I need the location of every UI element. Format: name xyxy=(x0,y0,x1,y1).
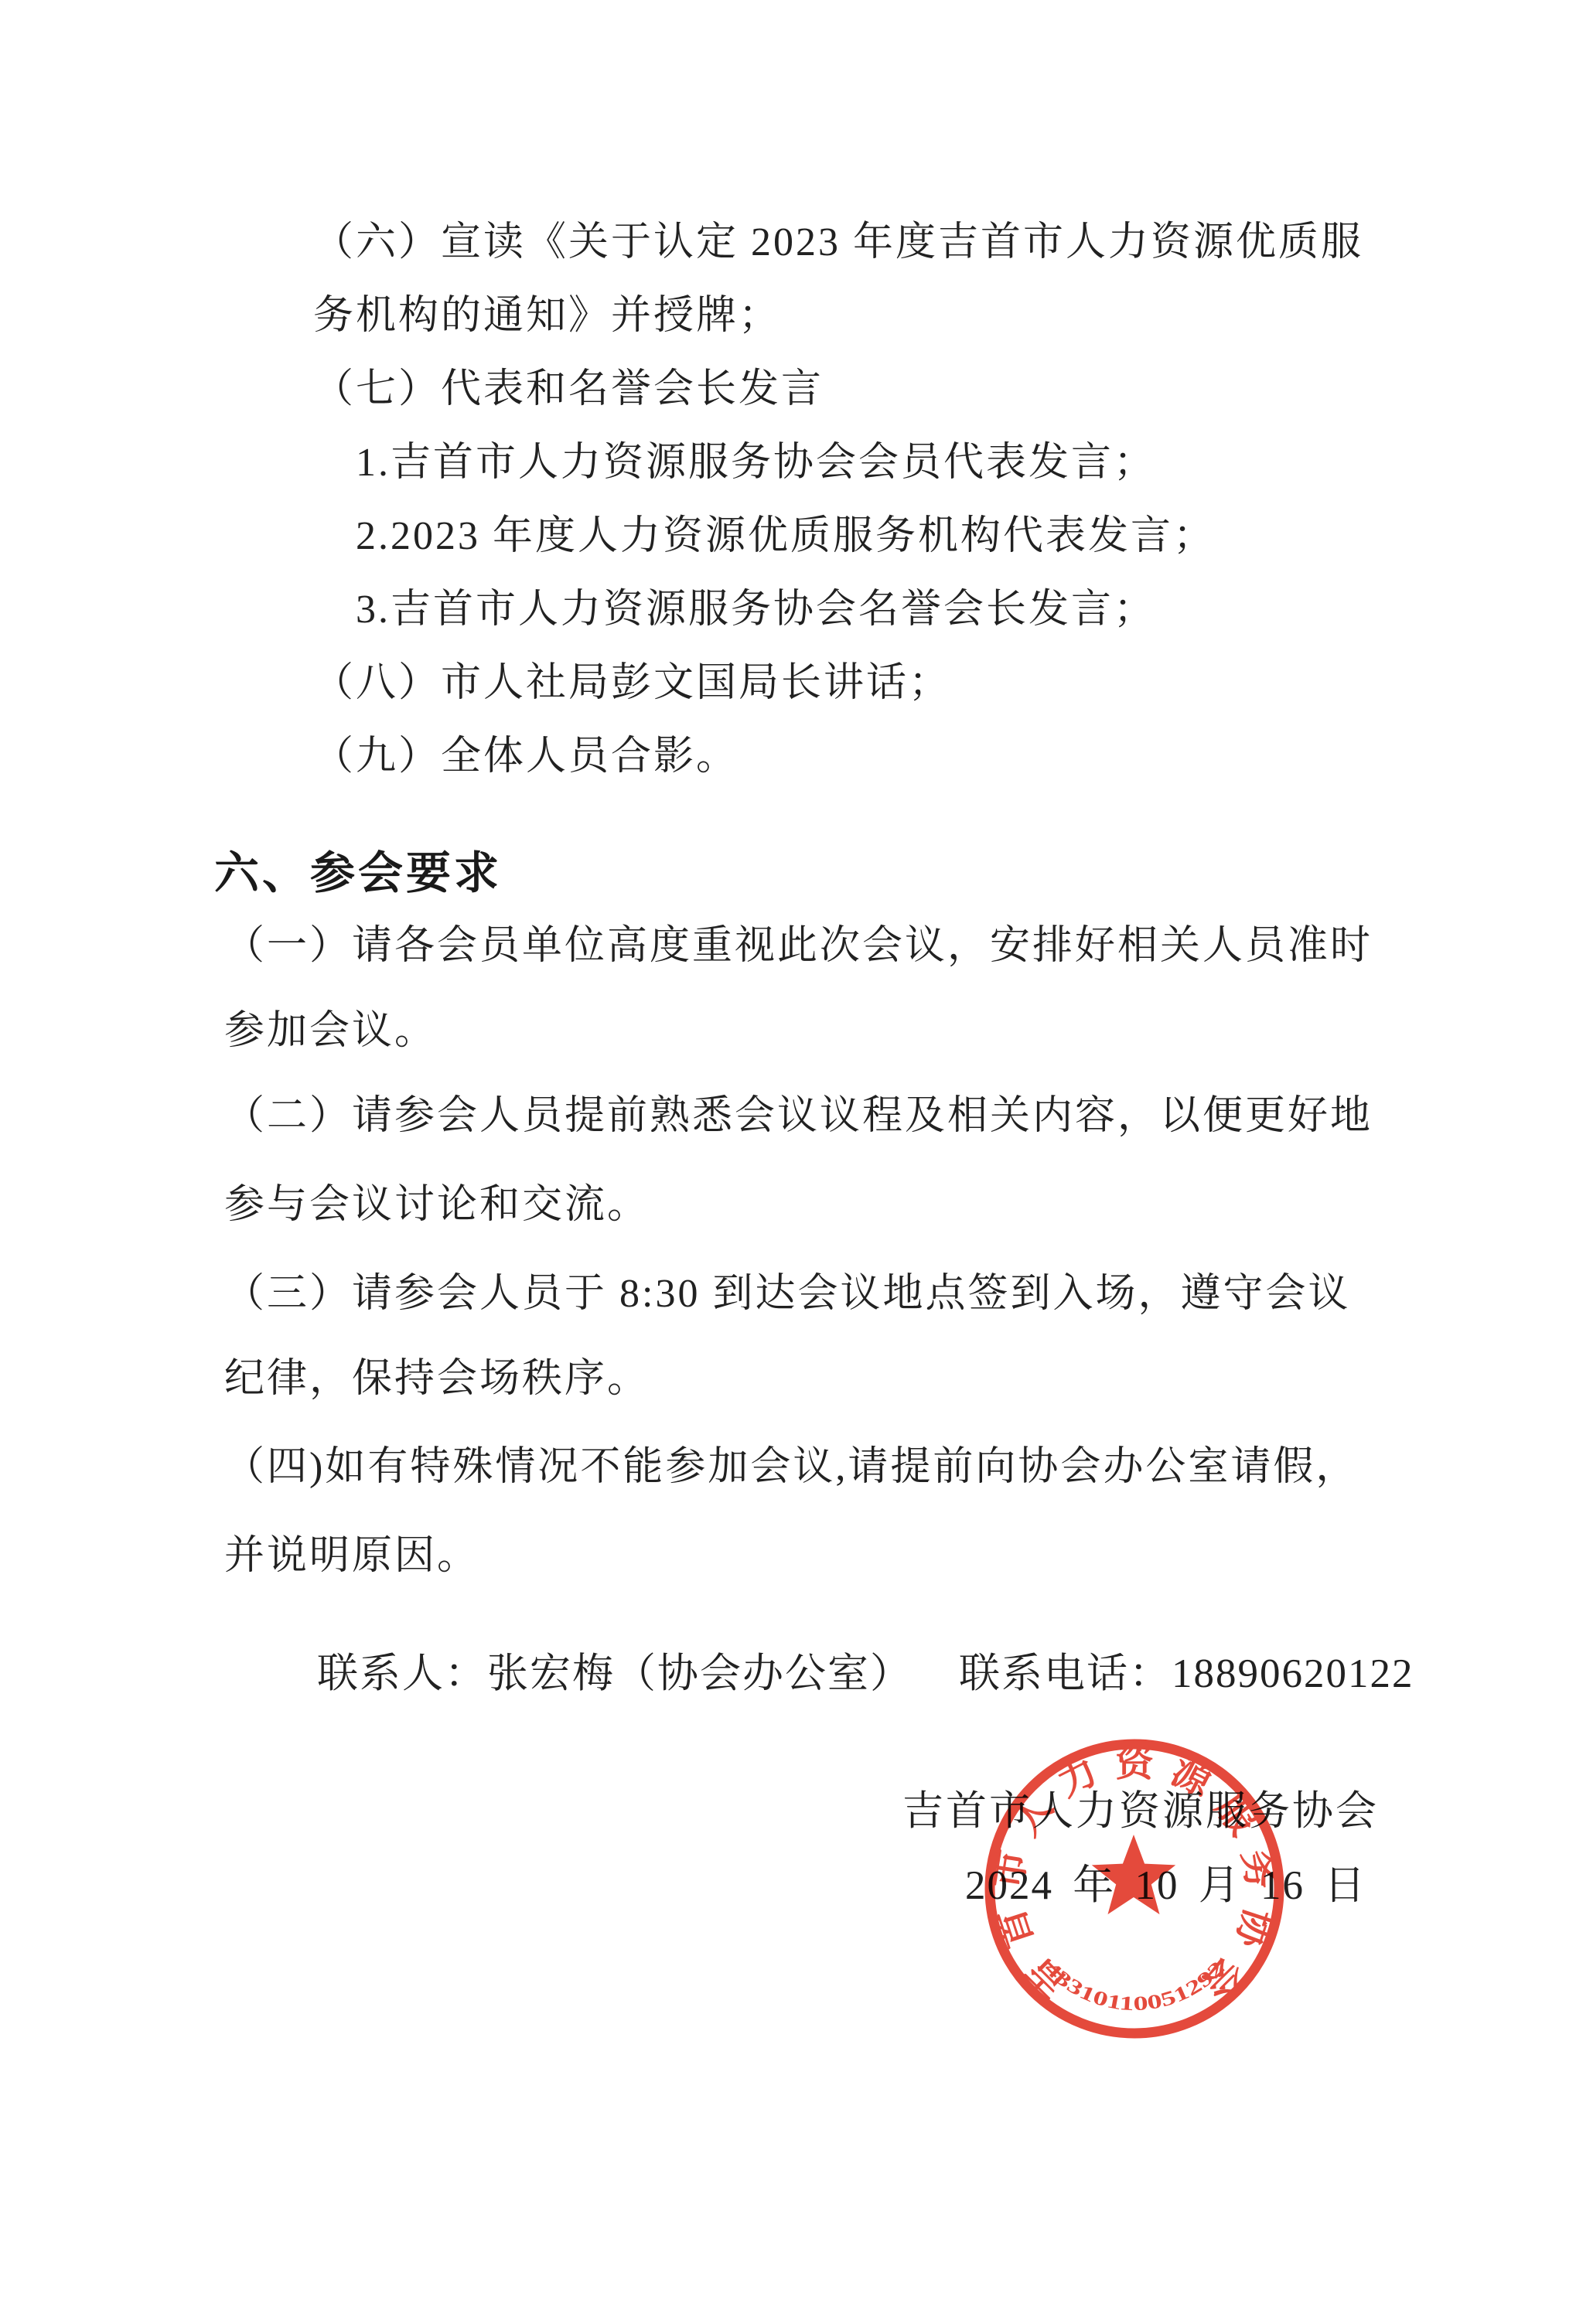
section-heading: 六、参会要求 xyxy=(214,837,502,901)
agenda-sub-1: 1.吉首市人力资源服务协会会员代表发言； xyxy=(356,439,1156,487)
seal-star-icon xyxy=(1092,1835,1175,1914)
requirement-1a: （一）请各会员单位高度重视此次会议，安排好相关人员准时 xyxy=(224,922,1373,970)
requirement-1b: 参加会议。 xyxy=(224,1007,437,1055)
contact-person: 张宏梅（协会办公室） xyxy=(487,1651,913,1696)
agenda-sub-3: 3.吉首市人力资源服务协会名誉会长发言； xyxy=(356,586,1156,634)
agenda-line-6a: （六）宣读《关于认定 2023 年度吉首市人力资源优质服 xyxy=(313,219,1363,267)
requirement-4b: 并说明原因。 xyxy=(224,1532,479,1580)
contact-phone-label: 联系电话： xyxy=(959,1651,1172,1696)
requirement-4a: （四)如有特殊情况不能参加会议,请提前向协会办公室请假， xyxy=(224,1443,1358,1491)
document-page: （六）宣读《关于认定 2023 年度吉首市人力资源优质服 务机构的通知》并授牌；… xyxy=(0,0,1576,2324)
contact-person-label: 联系人： xyxy=(317,1651,487,1696)
requirement-3a: （三）请参会人员于 8:30 到达会议地点签到入场，遵守会议 xyxy=(224,1270,1350,1318)
contact-line: 联系人：张宏梅（协会办公室）联系电话：18890620122 xyxy=(317,1641,1414,1699)
requirement-2b: 参与会议讨论和交流。 xyxy=(224,1181,650,1229)
requirement-3b: 纪律，保持会场秩序。 xyxy=(224,1355,650,1403)
official-seal-stamp: 吉首市人力资源服务协会 43310110051292 xyxy=(964,1719,1305,2059)
agenda-line-6b: 务机构的通知》并授牌； xyxy=(313,292,781,340)
contact-phone: 18890620122 xyxy=(1172,1651,1414,1696)
requirement-2a: （二）请参会人员提前熟悉会议议程及相关内容，以便更好地 xyxy=(224,1092,1373,1140)
seal-code-text: 43310110051292 xyxy=(1040,1957,1229,2015)
agenda-line-8: （八）市人社局彭文国局长讲话； xyxy=(313,659,951,707)
agenda-line-7: （七）代表和名誉会长发言 xyxy=(313,366,824,414)
agenda-sub-2: 2.2023 年度人力资源优质服务机构代表发言； xyxy=(356,513,1216,561)
agenda-line-9: （九）全体人员合影。 xyxy=(313,733,739,781)
